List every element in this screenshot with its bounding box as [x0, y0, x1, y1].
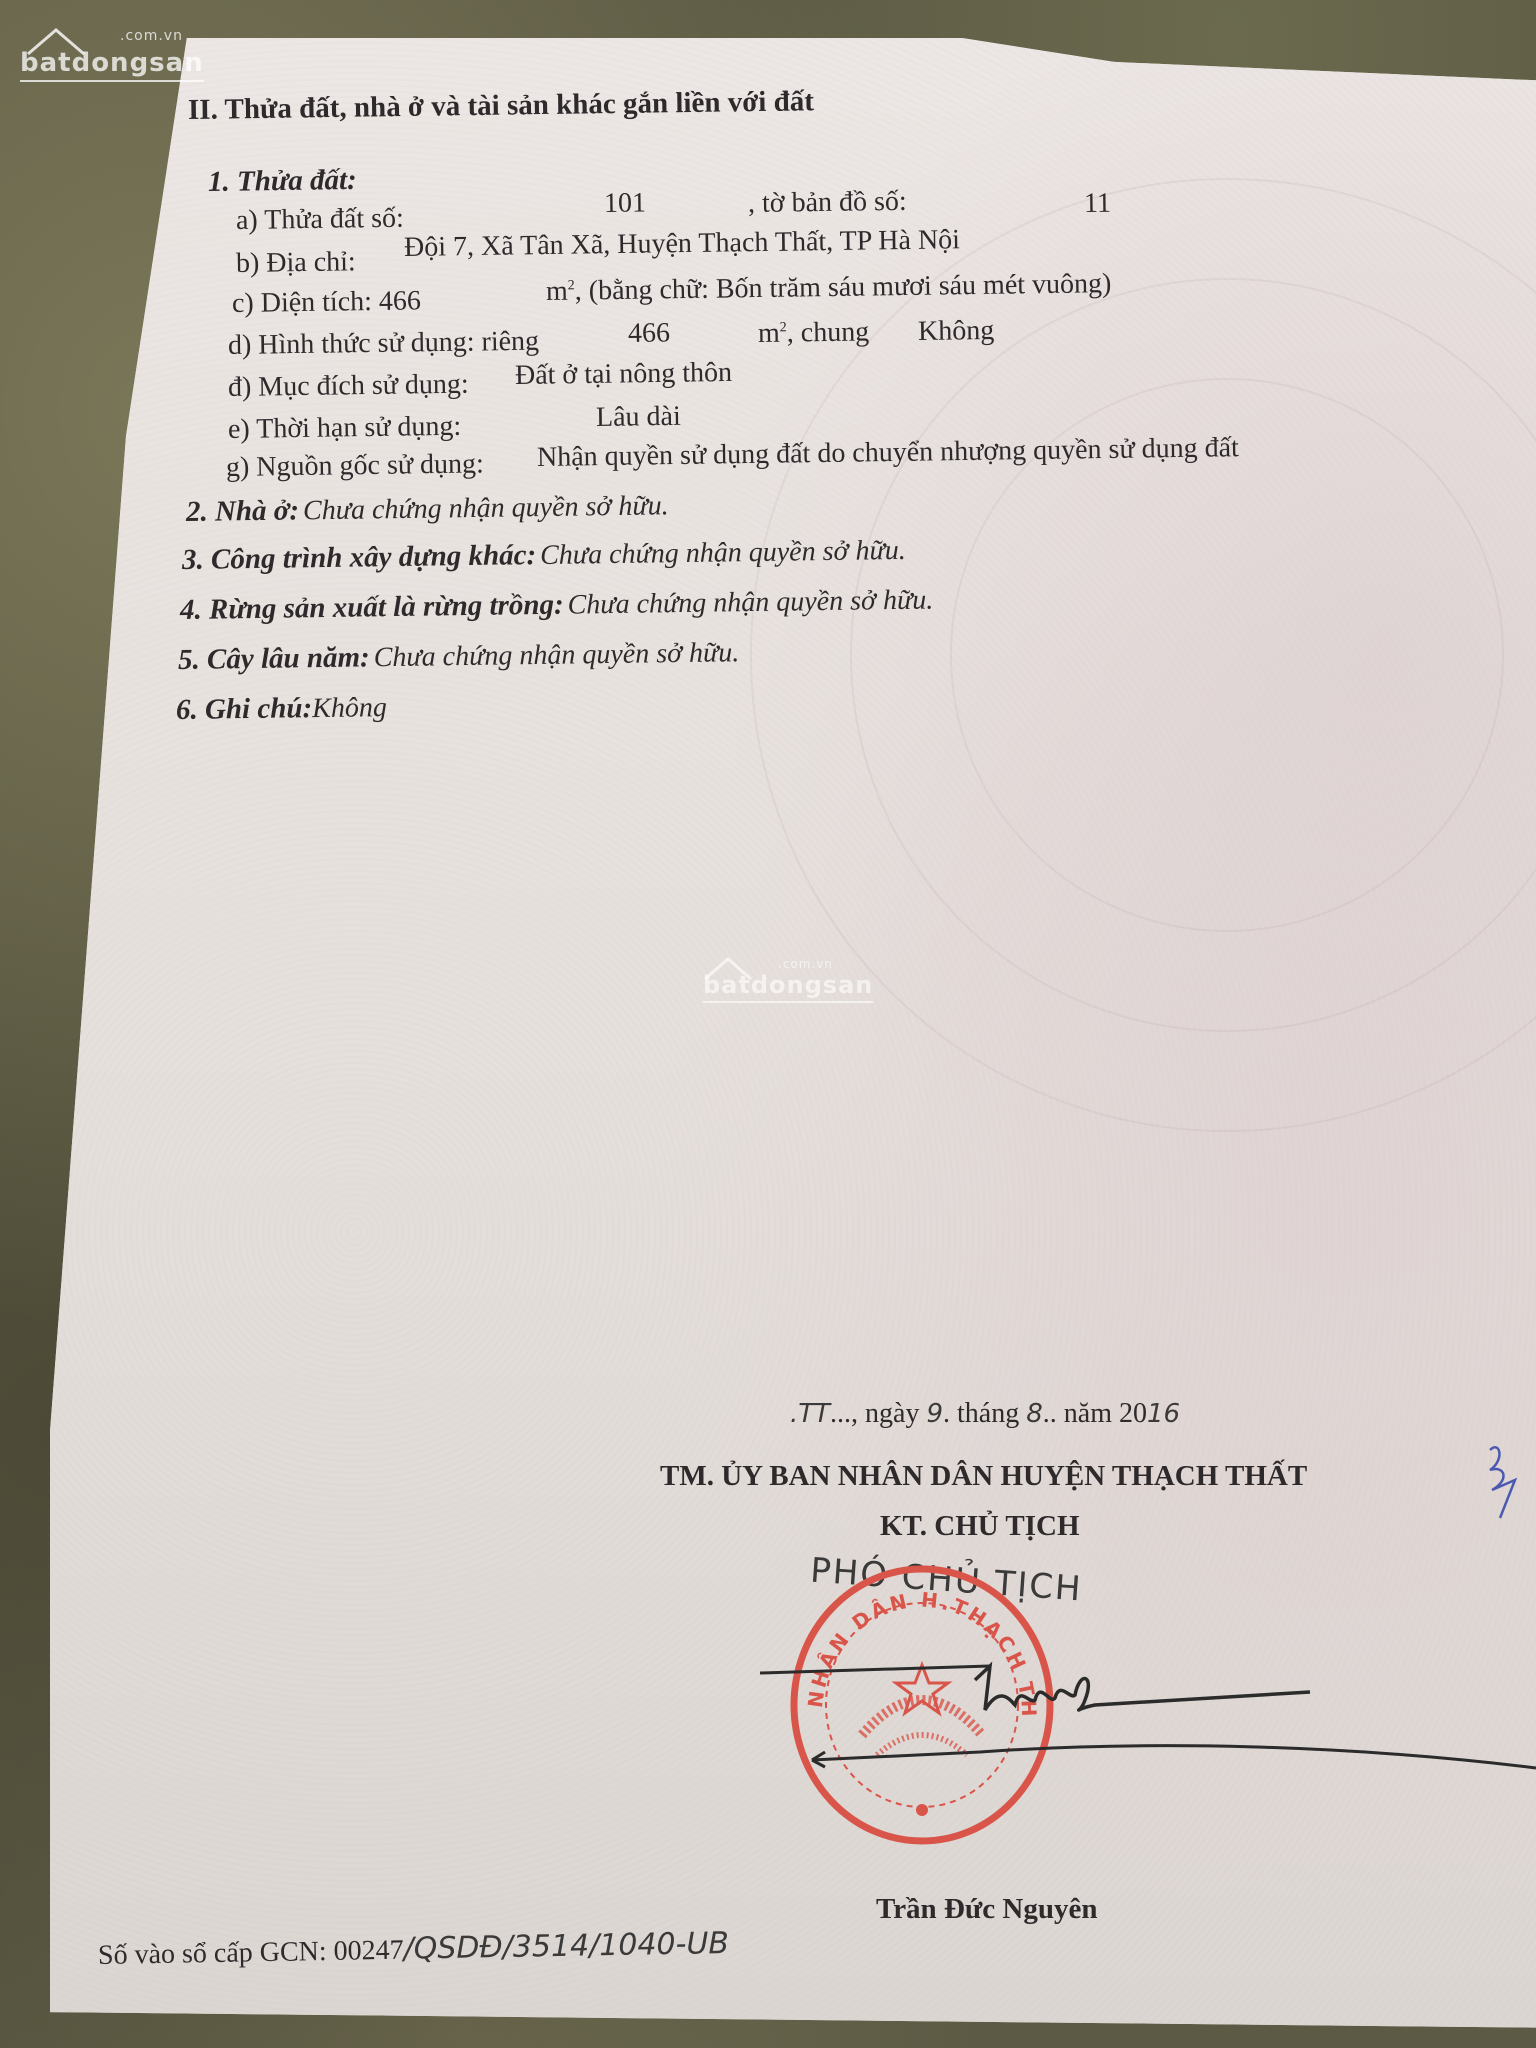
parcel-number-label: a) Thửa đất số: [236, 203, 404, 237]
registry-label: Số vào sổ cấp GCN: [98, 1936, 327, 1971]
item-notes: 6. Ghi chú:Không [176, 691, 387, 727]
signature [750, 1660, 1536, 1780]
year-handwritten: 16 [1147, 1399, 1180, 1429]
watermark-underline [20, 80, 204, 82]
usage-origin-label: g) Nguồn gốc sử dụng: [226, 448, 484, 484]
house-icon [703, 955, 753, 983]
parcel-number-value: 101 [604, 187, 646, 220]
area-label: c) Diện tích: 466 [232, 285, 421, 320]
registry-printed-value: 00247 [333, 1935, 404, 1967]
usage-term-value: Lâu dài [596, 401, 681, 434]
map-sheet-value: 11 [1084, 188, 1111, 220]
signer-name: Trần Đức Nguyên [876, 1893, 1097, 1926]
usage-form-shared: m2, chung [758, 316, 870, 350]
place-handwritten: TT [798, 1399, 830, 1429]
usage-form-private-value: 466 [628, 317, 670, 350]
land-parcel-heading: 1. Thửa đất: [208, 164, 357, 199]
map-sheet-label: , tờ bản đồ số: [748, 186, 907, 220]
usage-purpose-value: Đất ở tại nông thôn [515, 357, 732, 392]
watermark-domain: .com.vn [120, 28, 183, 44]
usage-form-label: d) Hình thức sử dụng: riêng [228, 326, 540, 362]
address-label: b) Địa chỉ: [236, 246, 356, 280]
on-behalf-title: KT. CHỦ TỊCH [880, 1510, 1080, 1543]
house-icon [26, 26, 86, 58]
item-house: 2. Nhà ở: Chưa chứng nhận quyền sở hữu. [186, 489, 669, 529]
month-handwritten: 8 [1026, 1399, 1043, 1429]
usage-purpose-label: đ) Mục đích sử dụng: [228, 369, 469, 404]
watermark-logo: .com.vn batdongsan [20, 30, 204, 82]
watermark-logo-center: .com.vn batdongsan [703, 965, 873, 1003]
day-handwritten: 9 [926, 1399, 943, 1429]
issue-date: .TT..., ngày 9. tháng 8.. năm 2016 [790, 1398, 1180, 1430]
usage-form-shared-value: Không [918, 315, 995, 348]
watermark-underline [703, 1001, 873, 1003]
watermark-domain: .com.vn [778, 957, 833, 971]
area-value: 466 [379, 285, 421, 317]
authority-title: TM. ỦY BAN NHÂN DÂN HUYỆN THẠCH THẤT [660, 1460, 1307, 1493]
initials-mark [1480, 1440, 1520, 1520]
registry-handwritten-value: /QSDĐ/3514/1040-UB [403, 1926, 729, 1967]
usage-term-label: e) Thời hạn sử dụng: [228, 411, 462, 446]
